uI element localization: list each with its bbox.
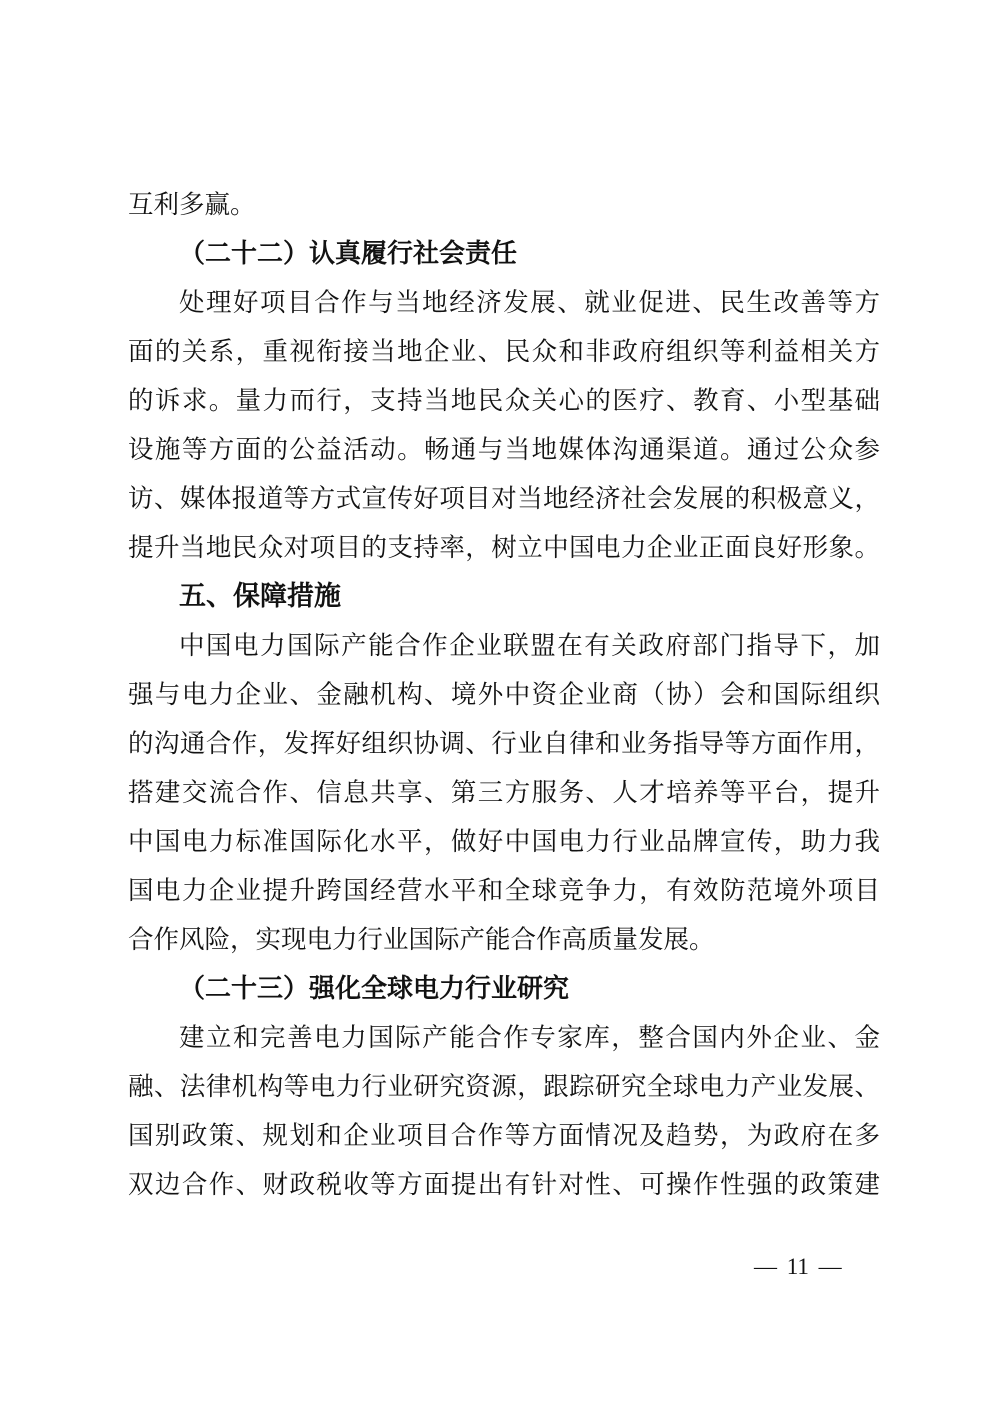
subsection-heading: （二十二）认真履行社会责任 — [128, 229, 880, 278]
page-number: — 11 — — [754, 1252, 934, 1282]
text-lines: 互利多赢。（二十二）认真履行社会责任处理好项目合作与当地经济发展、就业促进、民生… — [128, 180, 880, 1209]
text-line: 处理好项目合作与当地经济发展、就业促进、民生改善等方 — [128, 278, 880, 327]
text-line: 国别政策、规划和企业项目合作等方面情况及趋势，为政府在多 — [128, 1111, 880, 1160]
text-line: 中国电力标准国际化水平，做好中国电力行业品牌宣传，助力我 — [128, 817, 880, 866]
text-line: 建立和完善电力国际产能合作专家库，整合国内外企业、金 — [128, 1013, 880, 1062]
text-line: 互利多赢。 — [128, 180, 880, 229]
text-line: 的诉求。量力而行，支持当地民众关心的医疗、教育、小型基础 — [128, 376, 880, 425]
text-line: 融、法律机构等电力行业研究资源，跟踪研究全球电力产业发展、 — [128, 1062, 880, 1111]
text-line: 设施等方面的公益活动。畅通与当地媒体沟通渠道。通过公众参 — [128, 425, 880, 474]
text-line: 强与电力企业、金融机构、境外中资企业商（协）会和国际组织 — [128, 670, 880, 719]
text-line: 的沟通合作，发挥好组织协调、行业自律和业务指导等方面作用， — [128, 719, 880, 768]
text-line: 中国电力国际产能合作企业联盟在有关政府部门指导下，加 — [128, 621, 880, 670]
document-page: 互利多赢。（二十二）认真履行社会责任处理好项目合作与当地经济发展、就业促进、民生… — [0, 0, 992, 1403]
text-line: 合作风险，实现电力行业国际产能合作高质量发展。 — [128, 915, 880, 964]
text-line: 双边合作、财政税收等方面提出有针对性、可操作性强的政策建 — [128, 1160, 880, 1209]
text-line: 搭建交流合作、信息共享、第三方服务、人才培养等平台，提升 — [128, 768, 880, 817]
text-line: 面的关系，重视衔接当地企业、民众和非政府组织等利益相关方 — [128, 327, 880, 376]
section-heading: 五、保障措施 — [128, 572, 880, 621]
text-line: 访、媒体报道等方式宣传好项目对当地经济社会发展的积极意义， — [128, 474, 880, 523]
subsection-heading: （二十三）强化全球电力行业研究 — [128, 964, 880, 1013]
text-line: 提升当地民众对项目的支持率，树立中国电力企业正面良好形象。 — [128, 523, 880, 572]
text-line: 国电力企业提升跨国经营水平和全球竞争力，有效防范境外项目 — [128, 866, 880, 915]
